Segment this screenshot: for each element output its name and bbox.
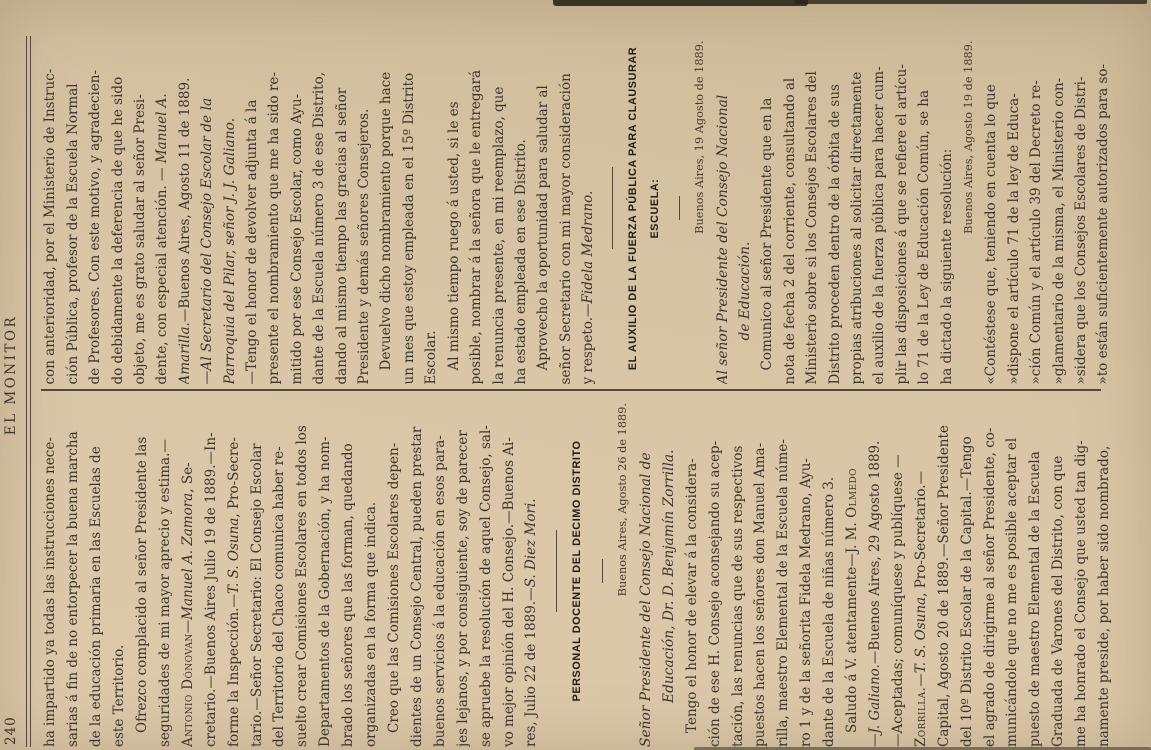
text-line: Zorrilla.—T. S. Osuna, Pro-Secretario.— [910,395,933,747]
italic-text: Manuel A. [154,93,170,163]
text-line: y respeto.—Fidela Medrano. [577,33,599,385]
italic-text: T. S. Osuna [226,518,242,594]
text-line: Comunico al señor Presidente que en la [756,33,778,385]
text-line: organizadas en la forma que indica. [360,395,383,747]
text-columns: ha impartido ya todas las instrucciones … [39,32,1125,747]
column-divider [41,390,1101,392]
text-line: nota de fecha 2 del corriente, consultan… [779,33,801,385]
text-line: Señor Presidente del Consejo Nacional de [635,395,658,747]
text-span: — [180,620,196,634]
text-line: seguridades de mi mayor aprecio y estima… [154,395,177,747]
text-line: lo 71 de la Ley de Educación Común, se h… [913,33,935,385]
text-line: este Territorio. [108,395,131,747]
page-sheet: 240 EL MONITOR ha impartido ya todas las… [0,0,1151,750]
text-line: Distrito proceden dentro de la órbita de… [824,33,846,385]
text-line: ro 1 y de la señorita Fidela Medrano, Ay… [795,395,818,747]
text-span: , Se- [180,462,196,492]
text-line: dientes de un Consejo Central, pueden pr… [406,395,429,747]
text-line: Aprovecho la oportunidad para saludar al [532,33,554,385]
text-line: Tengo el honor de elevar á la considera- [681,395,704,747]
smallcaps-name: Antonio Dónovan [180,633,196,747]
text-span: forme la Inspección.— [226,594,242,747]
italic-text: Amarilla. [177,322,193,384]
text-line: dante de la Escuela de niñas número 3. [818,395,841,747]
text-line: »dispone el artículo 71 de la ley de Edu… [1003,33,1025,385]
text-line: objeto, me es grato saludar al señor Pre… [129,33,151,385]
text-line: dando al mismo tiempo las gracias al señ… [331,33,353,385]
text-line: cretario.—Buenos Aires Julio 19 de 1889.… [200,395,223,747]
text-line: Devuelvo dicho nombramiento porque hace [375,33,397,385]
text-line: del 10º Distrito Escolar de la Capital.—… [956,395,979,747]
text-span: Saludo á V. atentamente—J. M. [844,518,860,733]
text-line: tario.—Señor Secretario: El Consejo Esco… [246,395,269,747]
italic-text: Manuel A. Zamora [180,493,196,620]
text-line: Antonio Dónovan—Manuel A. Zamora, Se- [177,395,200,747]
text-line: Al señor Presidente del Consejo Nacional [712,33,734,385]
text-line: —J. Galiano.—Buenos Aires, 29 Agosto 188… [864,395,887,747]
dateline: Buenos Aires, 19 Agosto de 1889. [689,33,711,385]
text-span: — [867,734,883,748]
text-line: posible, nombrar á la señora que le entr… [465,33,487,385]
text-line: dente, con especial atención. — Manuel A… [151,33,173,385]
text-line: «Contéstese que, teniendo en cuenta lo q… [980,33,1002,385]
text-line: me ha honrado el Consejo que usted tan d… [1070,395,1093,747]
smallcaps-name: Zorrilla. [913,687,929,747]
scanned-page: 240 EL MONITOR ha impartido ya todas las… [0,0,1151,750]
text-line: buenos servicios á la educación en esos … [429,395,452,747]
text-line: señor Secretario con mi mayor considerac… [555,33,577,385]
text-line: brado los señores que las forman, quedan… [337,395,360,747]
text-line: de la educación primaria en las Escuelas… [85,395,108,747]
text-span: y respeto.— [580,303,596,384]
section-heading: EL AUXILIO DE LA FUERZA PÚBLICA PARA CLA… [622,33,644,385]
text-line: Ofrezco complacido al señor Presidente l… [131,395,154,747]
dateline: Buenos Aires, Agosto 26 de 1889. [612,395,635,747]
text-line: presente el nombramiento que me ha sido … [263,33,285,385]
text-line: Ministerio sobre si los Consejos Escolar… [801,33,823,385]
text-line: municándole que no me es posible aceptar… [1001,395,1024,747]
page-number: 240 [3,716,19,745]
text-line: Educación, Dr. D. Benjamín Zorrilla. [658,395,681,747]
text-line: Creo que las Comisiones Escolares depen- [383,395,406,747]
text-line: la renuncia presente, en mi reemplazo, q… [488,33,510,385]
text-line: Saludo á V. atentamente—J. M. Olmedo [841,395,864,747]
text-line: Capital, Agosto 20 de 1889.—Señor Presid… [933,395,956,747]
text-line: ha estado empleada en ese Distrito. [510,33,532,385]
text-line: do debidamente la deferencia de que he s… [107,33,129,385]
text-line: un mes que estoy empleada en el 15º Dist… [398,33,420,385]
dateline: Buenos Aires, Agosto 19 de 1889. [958,33,980,385]
running-head: 240 EL MONITOR [0,0,24,750]
text-line: »to están suficientemente autorizados pa… [1092,33,1114,385]
text-line: »sidera que los Consejos Escolares de Di… [1070,33,1092,385]
text-line: el agrado de dirigirme al señor Presiden… [979,395,1002,747]
text-line: Presidente y demás señores Consejeros. [353,33,375,385]
text-line: ha dictado la siguiente resolución: [936,33,958,385]
text-line: Parroquia del Pilar, señor J. J. Galiano… [219,33,241,385]
text-span: , Pro-Secre- [226,437,242,518]
text-span: — [913,673,929,687]
text-line: Departamentos de la Gobernación, y ha no… [314,395,337,747]
text-line: sarias á fin de no entorpecer la buena m… [62,395,85,747]
text-line: dante de la Escuela número 3 de ese Dist… [308,33,330,385]
text-line: »glamentario de la misma, el Ministerio … [1048,33,1070,385]
text-line: namente preside, por haber sido nombrado… [1093,395,1116,747]
italic-text: S. Diez Mori. [523,498,539,587]
text-line: jes lejanos, y por consiguiente, soy de … [452,395,475,747]
text-span: —Buenos Aires, 29 Agosto 1889. [867,441,883,665]
text-line: mitido por ese Consejo Escolar, como Ayu… [286,33,308,385]
text-span: dente, con especial atención. — [154,163,170,384]
text-line: ción Pública, profesor de la Escuela Nor… [62,33,84,385]
smallcaps-name: Olmedo [844,468,860,518]
text-line: con anterioridad, por el Ministerio de I… [39,33,61,385]
text-line: Al mismo tiempo ruego á usted, si le es [443,33,465,385]
text-span: res, Julio 22 de 1889.— [523,587,539,747]
text-span: , Pro-Secretario.— [913,471,929,597]
text-line: —Aceptadas; comuníquese y publíquese — [887,395,910,747]
text-line: Graduada de Varones del Distrito, con qu… [1047,395,1070,747]
text-span: —Buenos Aires, Agosto 11 de 1889. [177,78,193,323]
text-line: plir las disposiciones á que se refiere … [891,33,913,385]
column-right: con anterioridad, por el Ministerio de I… [39,33,1125,385]
text-line: tación, las renuncias que de sus respect… [727,395,750,747]
text-line: Escolar. [420,33,442,385]
section-heading: ESCUELA: [644,33,666,385]
text-line: res, Julio 22 de 1889.—S. Diez Mori. [520,395,543,747]
separator-rule [589,395,612,747]
text-line: »ción Común y el artículo 39 del Decreto… [1025,33,1047,385]
text-line: ción de ese H. Consejo aconsejando su ac… [704,395,727,747]
text-line: Amarilla.—Buenos Aires, Agosto 11 de 188… [174,33,196,385]
text-line: forme la Inspección.—T. S. Osuna, Pro-Se… [223,395,246,747]
text-line: puesto de maestro Elemental de la Escuel… [1024,395,1047,747]
header-double-rule [26,36,31,747]
column-left: ha impartido ya todas las instrucciones … [39,395,1125,747]
text-line: puestos hacen los señores don Manuel Ama… [749,395,772,747]
text-line: —Tengo el honor de devolver adjunta á la [241,33,263,385]
section-heading: PERSONAL DOCENTE DEL DECIMO DISTRITO [566,395,589,747]
italic-text: J. Galiano. [867,664,883,733]
text-line: el auxilio de la fuerza pública para hac… [868,33,890,385]
text-line: suelto crear Comisiones Escolares en tod… [291,395,314,747]
separator-rule [667,33,689,385]
italic-text: T. S. Osuna [913,597,929,673]
text-line: propias atribuciones al solicitar direct… [846,33,868,385]
separator-rule [543,395,566,747]
text-line: del Territorio del Chaco comunica haber … [268,395,291,747]
text-line: ha impartido ya todas las instrucciones … [39,395,62,747]
journal-title: EL MONITOR [3,0,19,750]
text-line: se apruebe la resolución de aquel Consej… [475,395,498,747]
text-line: de Profesores. Con este motivo, y agrade… [84,33,106,385]
separator-rule [600,33,622,385]
text-line: de Educación. [734,33,756,385]
italic-text: Fidela Medrano. [580,191,596,304]
text-line: —Al Secretario del Consejo Escolar de la [196,33,218,385]
text-line: vo mejor opinión del H. Consejo.—Buenos … [498,395,521,747]
text-line: rilla, maestro Elemental de la Escuela n… [772,395,795,747]
